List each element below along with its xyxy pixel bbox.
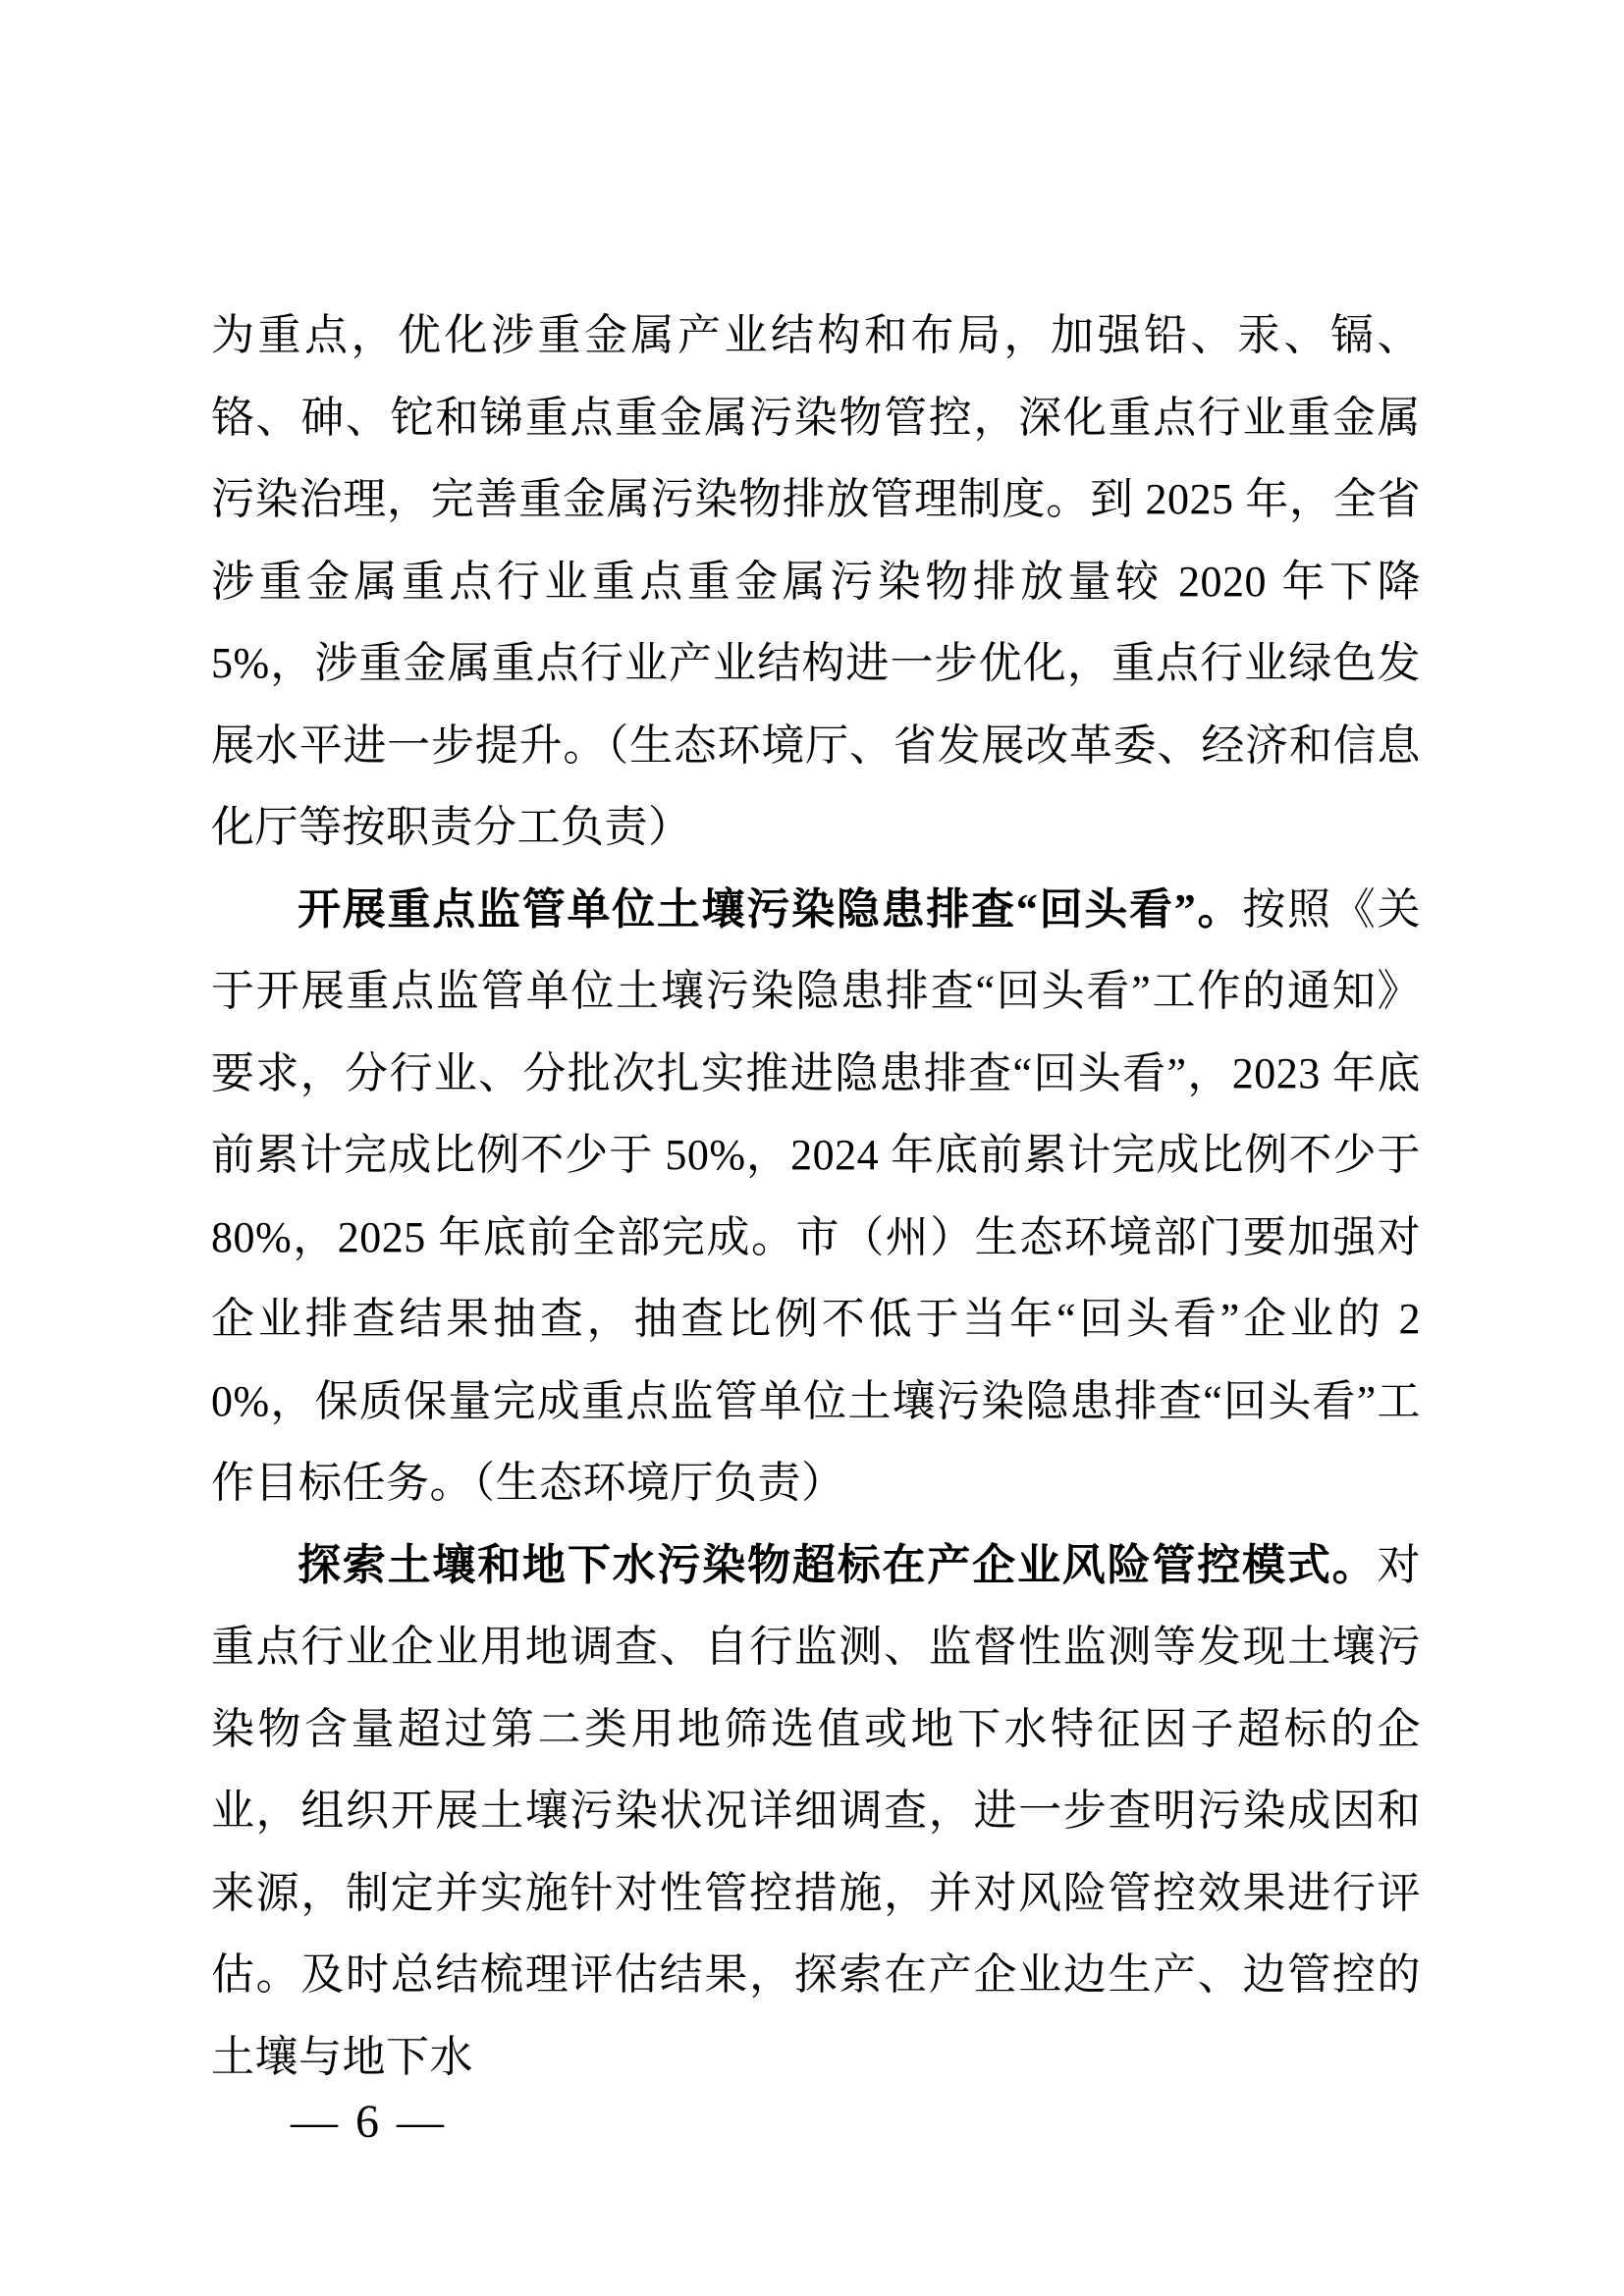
paragraph-risk-control-mode: 探索土壤和地下水污染物超标在产企业风险管控模式。对重点行业企业用地调查、自行监测… <box>211 1524 1421 2099</box>
paragraph-bold-lead: 探索土壤和地下水污染物超标在产企业风险管控模式。 <box>298 1541 1378 1589</box>
paragraph-body-text: 按照《关于开展重点监管单位土壤污染隐患排查“回头看”工作的通知》要求，分行业、分… <box>211 885 1421 1508</box>
page-number: 6 <box>338 2096 397 2148</box>
paragraph-bold-lead: 开展重点监管单位土壤污染隐患排查“回头看”。 <box>298 885 1242 934</box>
footer-right-dash: — <box>397 2096 444 2148</box>
paragraph-hidden-danger-review: 开展重点监管单位土壤污染隐患排查“回头看”。按照《关于开展重点监管单位土壤污染隐… <box>211 869 1421 1524</box>
document-body: 为重点，优化涉重金属产业结构和布局，加强铅、汞、镉、铬、砷、铊和锑重点重金属污染… <box>211 294 1421 2098</box>
paragraph-body-text: 对重点行业企业用地调查、自行监测、监督性监测等发现土壤污染物含量超过第二类用地筛… <box>211 1541 1421 2081</box>
document-page: 为重点，优化涉重金属产业结构和布局，加强铅、汞、镉、铬、砷、铊和锑重点重金属污染… <box>0 0 1624 2296</box>
paragraph-continuation: 为重点，优化涉重金属产业结构和布局，加强铅、汞、镉、铬、砷、铊和锑重点重金属污染… <box>211 294 1421 869</box>
footer-left-dash: — <box>291 2096 338 2148</box>
page-number-footer: —6— <box>244 2052 444 2193</box>
paragraph-body-text: 为重点，优化涉重金属产业结构和布局，加强铅、汞、镉、铬、砷、铊和锑重点重金属污染… <box>211 311 1421 851</box>
